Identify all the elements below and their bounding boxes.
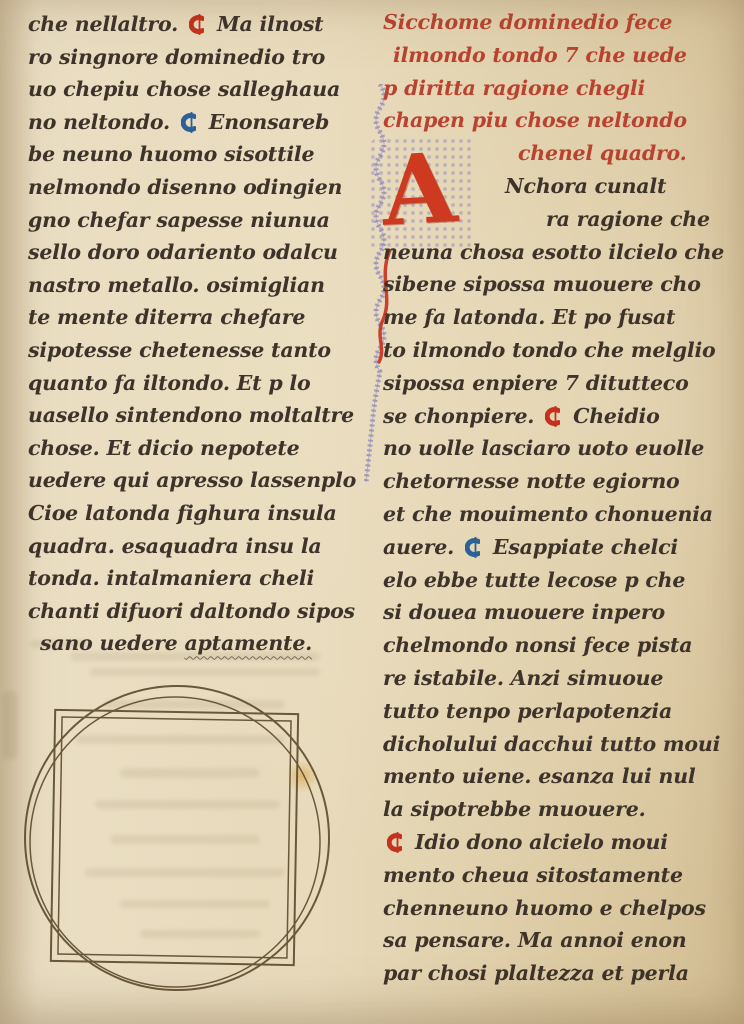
text-segment: sello doro odariento odalcu xyxy=(28,240,338,264)
text-line: mento cheua sitostamente xyxy=(383,859,739,892)
text-segment: Cioe latonda fighura insula xyxy=(28,501,337,525)
text-line: chenneuno huomo e chelpos xyxy=(383,892,739,925)
left-text-column: che nellaltro. Ma ilnostro singnore domi… xyxy=(28,8,362,660)
text-segment: sano uedere xyxy=(40,631,184,655)
text-segment: sa pensare. Ma annoi enon xyxy=(383,928,687,952)
text-segment: neuna chosa esotto ilcielo che xyxy=(383,240,724,264)
text-segment: sipossa enpiere 7 ditutteco xyxy=(383,371,689,395)
text-line: che nellaltro. Ma ilnost xyxy=(28,8,362,41)
text-segment: mento cheua sitostamente xyxy=(383,863,683,887)
text-line: se chonpiere. Cheidio xyxy=(383,400,739,433)
text-segment: me fa latonda. Et po fusat xyxy=(383,305,675,329)
text-line: sano uedere aptamente. xyxy=(40,627,362,660)
text-segment: chose. Et dicio nepotete xyxy=(28,436,300,460)
text-segment: ilmondo tondo 7 che uede xyxy=(393,43,687,67)
text-line: neuna chosa esotto ilcielo che xyxy=(383,236,739,269)
text-line: ro singnore dominedio tro xyxy=(28,41,362,74)
text-segment: tutto tenpo perlapotenzia xyxy=(383,699,672,723)
text-segment: aptamente. xyxy=(184,631,312,655)
text-segment: auere. xyxy=(383,535,461,559)
circle-square-diagram xyxy=(10,665,360,1021)
text-segment: Esappiate chelci xyxy=(486,535,678,559)
text-line: Sicchome dominedio fece xyxy=(383,6,739,39)
text-line: te mente diterra chefare xyxy=(28,301,362,334)
text-line: sibene sipossa muouere cho xyxy=(383,268,739,301)
paraph-mark-icon xyxy=(189,12,204,45)
text-line: Nchora cunalt xyxy=(505,170,739,203)
text-line: sipossa enpiere 7 ditutteco xyxy=(383,367,739,400)
text-line: no uolle lasciaro uoto euolle xyxy=(383,432,739,465)
text-segment: te mente diterra chefare xyxy=(28,305,305,329)
text-line: to ilmondo tondo che melglio xyxy=(383,334,739,367)
square-shape xyxy=(51,710,298,965)
text-segment: uo chepiu chose salleghaua xyxy=(28,77,340,101)
manuscript-page: che nellaltro. Ma ilnostro singnore domi… xyxy=(0,0,744,1024)
text-line: quanto fa iltondo. Et p lo xyxy=(28,367,362,400)
text-segment: Sicchome dominedio fece xyxy=(383,10,672,34)
text-segment: chenneuno huomo e chelpos xyxy=(383,896,706,920)
text-line: chetornesse notte egiorno xyxy=(383,465,739,498)
text-line: par chosi plaltezza et perla xyxy=(383,957,739,990)
text-line: sello doro odariento odalcu xyxy=(28,236,362,269)
text-segment: no uolle lasciaro uoto euolle xyxy=(383,436,704,460)
text-segment: Idio dono alcielo moui xyxy=(408,830,668,854)
text-segment: dicholului dacchui tutto moui xyxy=(383,732,720,756)
text-segment: be neuno huomo sisottile xyxy=(28,142,314,166)
text-segment: et che mouimento chonuenia xyxy=(383,502,713,526)
paraph-mark-icon xyxy=(387,830,402,863)
text-line: la sipotrebbe muouere. xyxy=(383,793,739,826)
text-line: et che mouimento chonuenia xyxy=(383,498,739,531)
circle-shape xyxy=(25,686,329,990)
text-segment: ro singnore dominedio tro xyxy=(28,45,325,69)
text-line: nelmondo disenno odingien xyxy=(28,171,362,204)
text-segment: no neltondo. xyxy=(28,110,177,134)
text-segment: quadra. esaquadra insu la xyxy=(28,534,322,558)
text-line: chenel quadro. xyxy=(518,137,739,170)
text-line: p diritta ragione chegli xyxy=(383,72,739,105)
text-line: si douea muouere inpero xyxy=(383,596,739,629)
text-segment: tonda. intalmaniera cheli xyxy=(28,566,314,590)
text-line: mento uiene. esanza lui nul xyxy=(383,760,739,793)
text-segment: elo ebbe tutte lecose p che xyxy=(383,568,685,592)
text-segment: p diritta ragione chegli xyxy=(383,76,645,100)
text-segment: chenel quadro. xyxy=(518,141,687,165)
text-segment: chanti difuori daltondo sipos xyxy=(28,599,355,623)
text-segment: quanto fa iltondo. Et p lo xyxy=(28,371,310,395)
text-segment: to ilmondo tondo che melglio xyxy=(383,338,716,362)
text-segment: sibene sipossa muouere cho xyxy=(383,272,701,296)
text-segment: si douea muouere inpero xyxy=(383,600,665,624)
text-line: ilmondo tondo 7 che uede xyxy=(393,39,739,72)
text-segment: re istabile. Anzi simuoue xyxy=(383,666,663,690)
text-line: tutto tenpo perlapotenzia xyxy=(383,695,739,728)
text-segment: uedere qui apresso lassenplo xyxy=(28,468,356,492)
text-line: quadra. esaquadra insu la xyxy=(28,530,362,563)
text-line: uedere qui apresso lassenplo xyxy=(28,464,362,497)
text-line: chose. Et dicio nepotete xyxy=(28,432,362,465)
text-segment: Enonsareb xyxy=(202,110,329,134)
text-line: chelmondo nonsi fece pista xyxy=(383,629,739,662)
text-line: me fa latonda. Et po fusat xyxy=(383,301,739,334)
text-line: tonda. intalmaniera cheli xyxy=(28,562,362,595)
text-segment: mento uiene. esanza lui nul xyxy=(383,764,696,788)
text-line: Idio dono alcielo moui xyxy=(383,826,739,859)
text-line: chapen piu chose neltondo xyxy=(383,104,739,137)
text-line: ra ragione che xyxy=(546,203,739,236)
text-line: no neltondo. Enonsareb xyxy=(28,106,362,139)
text-segment: gno chefar sapesse niunua xyxy=(28,208,330,232)
text-line: uasello sintendono moltaltre xyxy=(28,399,362,432)
text-line: sipotesse chetenesse tanto xyxy=(28,334,362,367)
text-segment: se chonpiere. xyxy=(383,404,541,428)
text-segment: Ma ilnost xyxy=(210,12,323,36)
text-segment: Cheidio xyxy=(566,404,659,428)
text-line: chanti difuori daltondo sipos xyxy=(28,595,362,628)
text-line: dicholului dacchui tutto moui xyxy=(383,728,739,761)
text-line: uo chepiu chose salleghaua xyxy=(28,73,362,106)
text-line: elo ebbe tutte lecose p che xyxy=(383,564,739,597)
text-line: auere. Esappiate chelci xyxy=(383,531,739,564)
right-text-column: Sicchome dominedio feceilmondo tondo 7 c… xyxy=(383,6,739,990)
text-segment: chetornesse notte egiorno xyxy=(383,469,680,493)
text-segment: Nchora cunalt xyxy=(505,174,666,198)
text-line: re istabile. Anzi simuoue xyxy=(383,662,739,695)
text-line: Cioe latonda fighura insula xyxy=(28,497,362,530)
text-segment: chelmondo nonsi fece pista xyxy=(383,633,692,657)
text-segment: chapen piu chose neltondo xyxy=(383,108,687,132)
text-line: be neuno huomo sisottile xyxy=(28,138,362,171)
text-line: nastro metallo. osimiglian xyxy=(28,269,362,302)
text-segment: nastro metallo. osimiglian xyxy=(28,273,325,297)
paraph-mark-icon xyxy=(465,535,480,568)
text-segment: sipotesse chetenesse tanto xyxy=(28,338,331,362)
text-segment: par chosi plaltezza et perla xyxy=(383,961,689,985)
text-segment: nelmondo disenno odingien xyxy=(28,175,342,199)
text-line: gno chefar sapesse niunua xyxy=(28,204,362,237)
text-segment: ra ragione che xyxy=(546,207,710,231)
text-segment: uasello sintendono moltaltre xyxy=(28,403,354,427)
text-segment: che nellaltro. xyxy=(28,12,185,36)
text-line: sa pensare. Ma annoi enon xyxy=(383,924,739,957)
text-segment: la sipotrebbe muouere. xyxy=(383,797,646,821)
